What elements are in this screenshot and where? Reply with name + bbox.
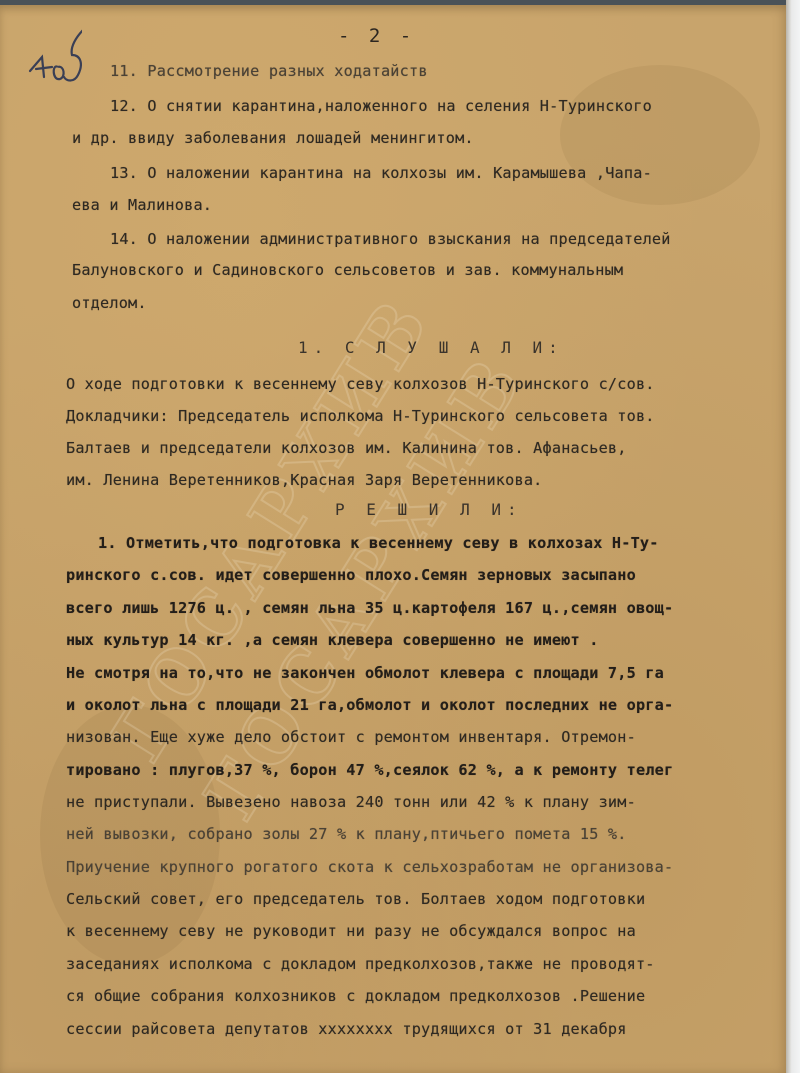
agenda-item-12-line2: и др. ввиду заболевания лошадей менингит… xyxy=(72,129,474,147)
decided-heading: Р Е Ш И Л И: xyxy=(335,500,523,519)
decision-line: Сельский совет, его председатель тов. Бо… xyxy=(66,890,645,908)
decision-line: ринского с.сов. идет совершенно плохо.Се… xyxy=(66,566,636,584)
page-number: - 2 - xyxy=(338,25,415,47)
decision-line: сессии райсовета депутатов xxxxxxxx труд… xyxy=(66,1020,627,1038)
agenda-item-12-line1: 12. О снятии карантина,наложенного на се… xyxy=(110,97,652,115)
heard-line: им. Ленина Веретенников,Красная Заря Вер… xyxy=(66,471,543,489)
decision-line: к весеннему севу не руководит ни разу не… xyxy=(66,922,636,940)
document-page: ГОСАРХИВ ГОСАРХИВ - 2 - 11. Рассмотрение… xyxy=(0,5,788,1073)
agenda-item-14-line1: 14. О наложении административного взыска… xyxy=(110,230,671,248)
decision-line: не приступали. Вывезено навоза 240 тонн … xyxy=(66,793,636,811)
heard-line: О ходе подготовки к весеннему севу колхо… xyxy=(66,375,655,393)
decision-line: всего лишь 1276 ц. , семян льна 35 ц.кар… xyxy=(66,599,673,617)
decision-line: 1. Отметить,что подготовка к весеннему с… xyxy=(98,534,659,552)
decision-line: тировано : плугов,37 %, борон 47 %,сеяло… xyxy=(66,761,673,779)
decision-line: ся общие собрания колхозников с докладом… xyxy=(66,987,645,1005)
decision-line: ней вывозки, собрано золы 27 % к плану,п… xyxy=(66,825,627,843)
heard-heading: 1. С Л У Ш А Л И: xyxy=(298,338,564,357)
agenda-item-13-line1: 13. О наложении карантина на колхозы им.… xyxy=(110,164,652,182)
paper-stain xyxy=(560,65,760,205)
heard-line: Докладчики: Председатель исполкома Н-Тур… xyxy=(66,407,655,425)
decision-line: ных культур 14 кг. ,а семян клевера сове… xyxy=(66,631,599,649)
decision-line: заседаниях исполкома с докладом предколх… xyxy=(66,955,655,973)
decision-line: низован. Еще хуже дело обстоит с ремонто… xyxy=(66,728,636,746)
decision-line: Не смотря на то,что не закончен обмолот … xyxy=(66,664,664,682)
agenda-item-14-line3: отделом. xyxy=(72,294,147,312)
heard-line: Балтаев и председатели колхозов им. Кали… xyxy=(66,439,627,457)
agenda-item-13-line2: ева и Малинова. xyxy=(72,196,212,214)
agenda-item-11: 11. Рассмотрение разных ходатайств xyxy=(110,62,428,80)
scanner-right-edge xyxy=(786,0,800,1073)
agenda-item-14-line2: Балуновского и Садиновского сельсоветов … xyxy=(72,261,623,279)
decision-line: Приучение крупного рогатого скота к сель… xyxy=(66,858,673,876)
decision-line: и околот льна с площади 21 га,обмолот и … xyxy=(66,696,673,714)
handwritten-folio-number xyxy=(22,19,82,89)
